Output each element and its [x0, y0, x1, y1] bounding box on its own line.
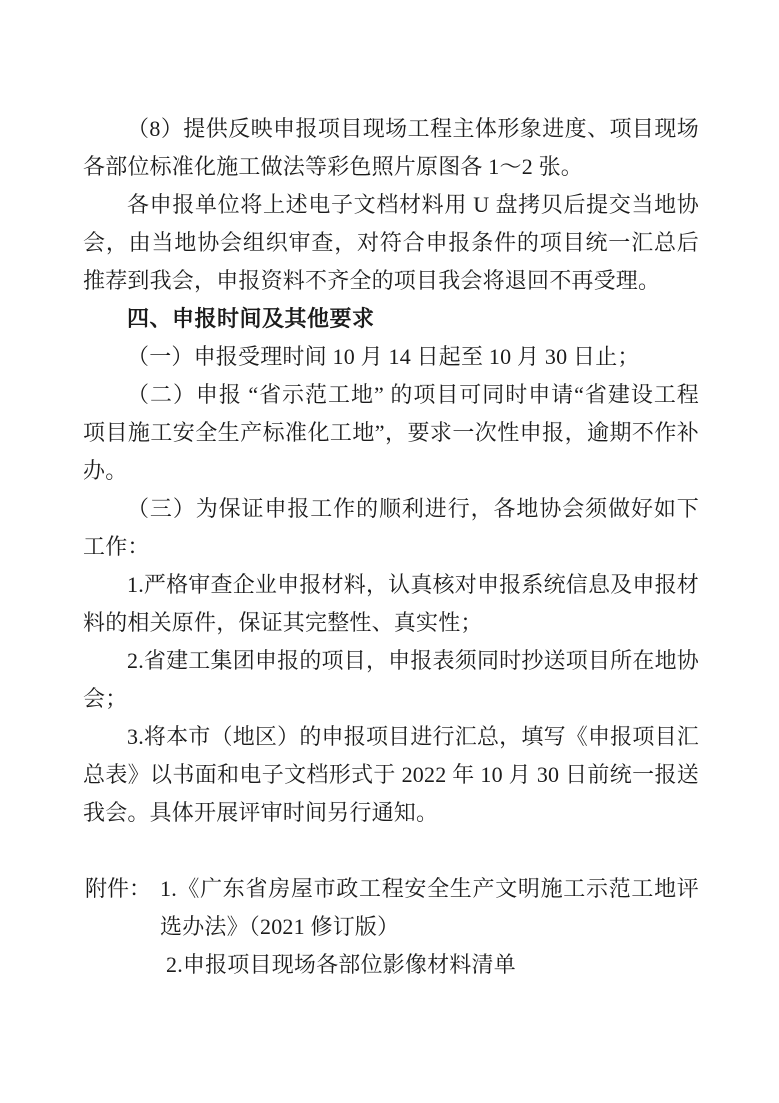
paragraph-photo-requirement: （8）提供反映申报项目现场工程主体形象进度、项目现场各部位标准化施工做法等彩色照… — [83, 110, 699, 186]
paragraph-task-1-review-materials: 1.严格审查企业申报材料，认真核对申报系统信息及申报材料的相关原件，保证其完整性… — [83, 566, 699, 642]
attachments-list: 1.《广东省房屋市政工程安全生产文明施工示范工地评选办法》（2021 修订版） … — [160, 870, 699, 984]
paragraph-task-2-group-projects: 2.省建工集团申报的项目，申报表须同时抄送项目所在地协会； — [83, 642, 699, 718]
document-body: （8）提供反映申报项目现场工程主体形象进度、项目现场各部位标准化施工做法等彩色照… — [83, 110, 699, 984]
attachments-block: 附件： 1.《广东省房屋市政工程安全生产文明施工示范工地评选办法》（2021 修… — [83, 870, 699, 984]
attachments-label: 附件： — [85, 870, 151, 908]
document-page: （8）提供反映申报项目现场工程主体形象进度、项目现场各部位标准化施工做法等彩色照… — [0, 0, 779, 1103]
paragraph-clause-1-deadline: （一）申报受理时间 10 月 14 日起至 10 月 30 日止； — [83, 338, 699, 376]
paragraph-clause-3-association-tasks: （三）为保证申报工作的顺利进行，各地协会须做好如下工作： — [83, 490, 699, 566]
section-heading-application-time: 四、申报时间及其他要求 — [83, 300, 699, 338]
paragraph-task-3-summary-table: 3.将本市（地区）的申报项目进行汇总，填写《申报项目汇总表》以书面和电子文档形式… — [83, 718, 699, 832]
attachment-item-2: 2.申报项目现场各部位影像材料清单 — [166, 946, 699, 984]
paragraph-clause-2-simultaneous-application: （二）申报 “省示范工地” 的项目可同时申请“省建设工程项目施工安全生产标准化工… — [83, 376, 699, 490]
attachment-item-1: 1.《广东省房屋市政工程安全生产文明施工示范工地评选办法》（2021 修订版） — [160, 870, 699, 946]
paragraph-usb-submission-process: 各申报单位将上述电子文档材料用 U 盘拷贝后提交当地协会，由当地协会组织审查，对… — [83, 186, 699, 300]
